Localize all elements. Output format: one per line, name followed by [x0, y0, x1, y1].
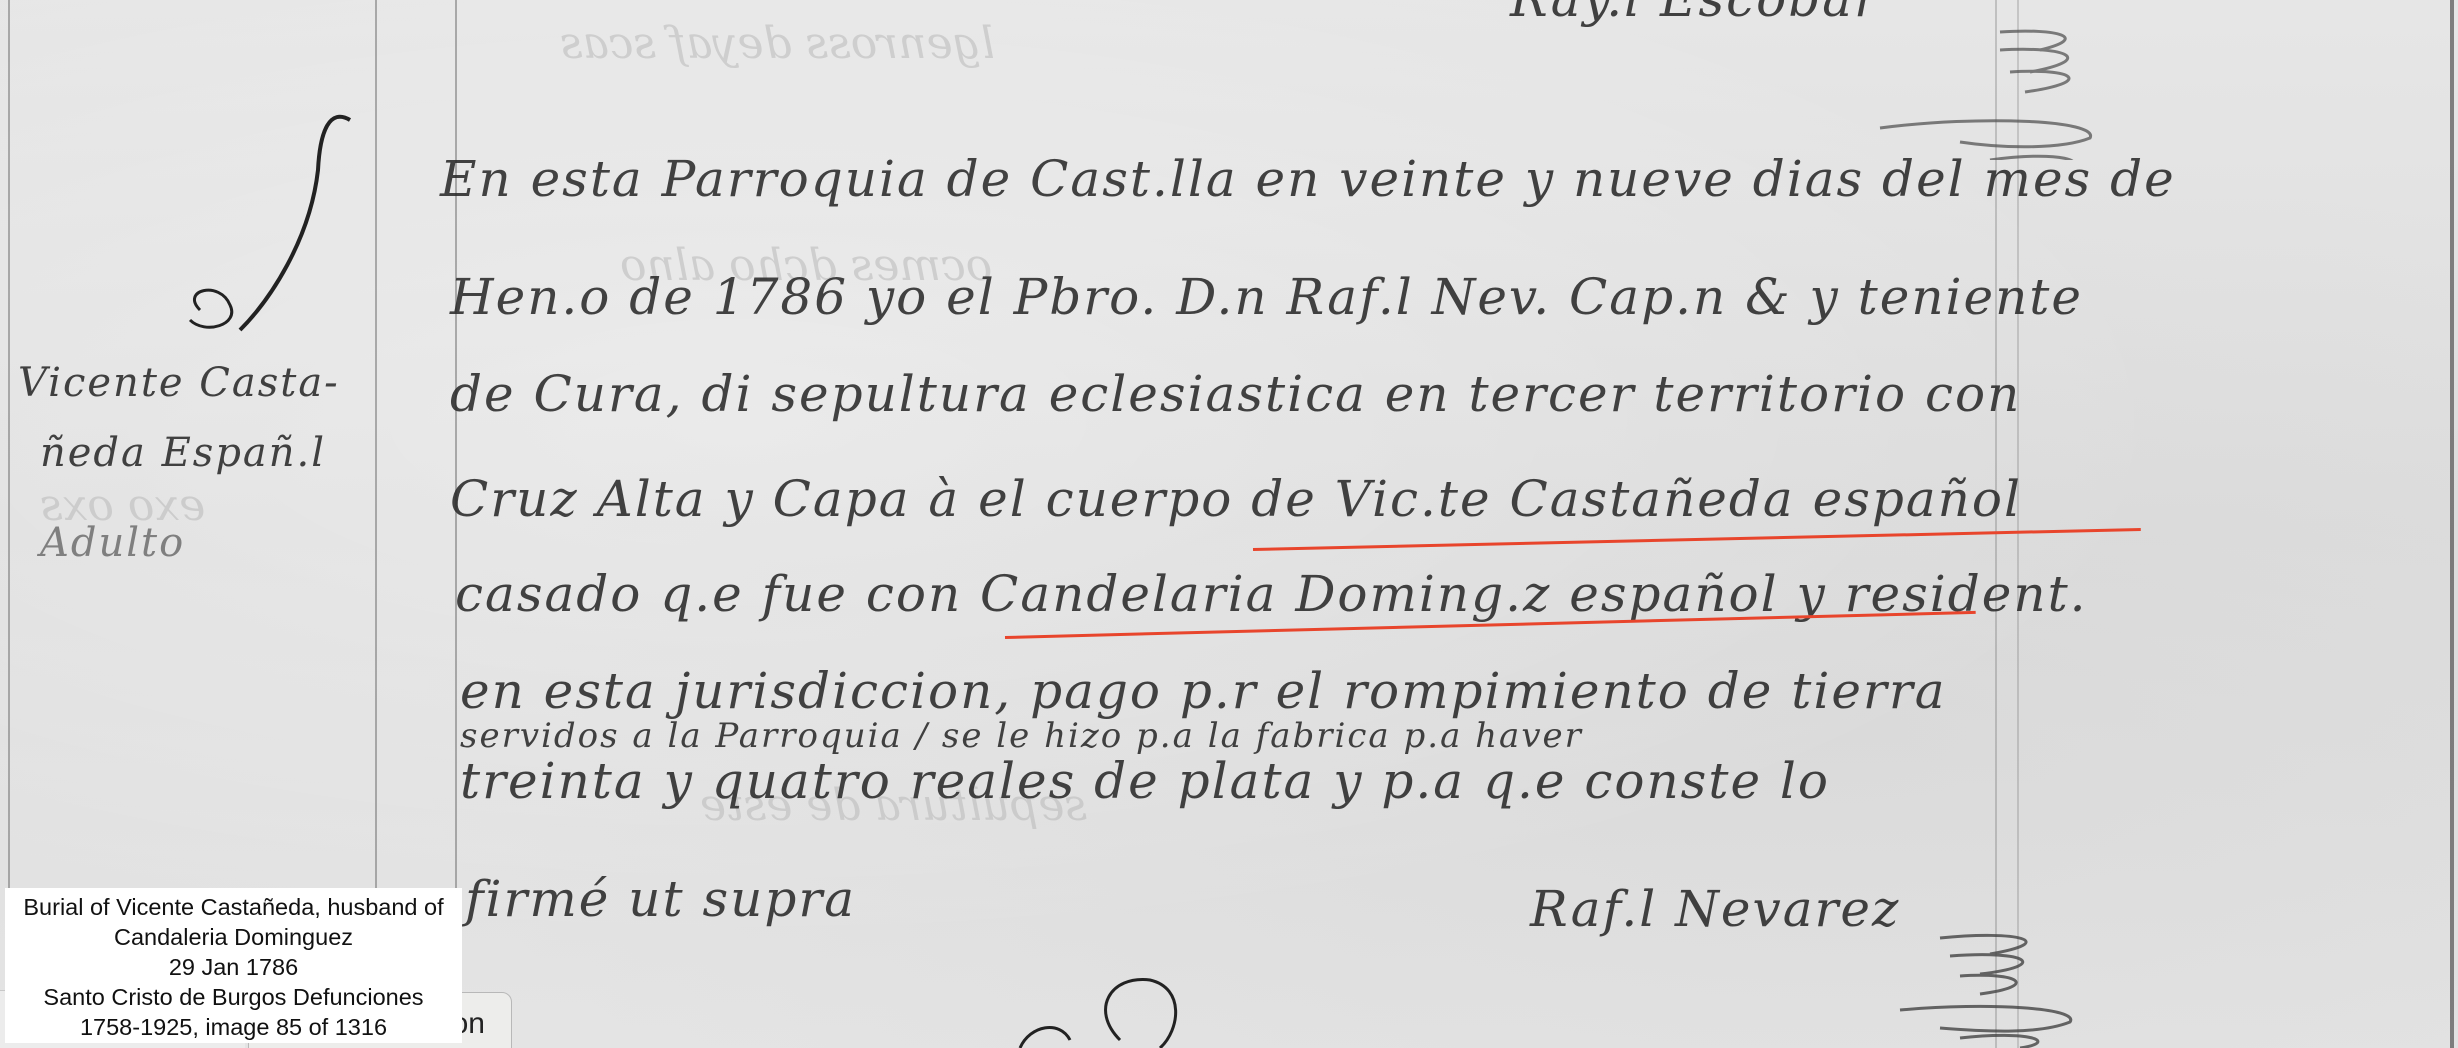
caption-spouse: Candaleria Dominguez	[5, 922, 462, 952]
page-edge	[2450, 0, 2454, 1048]
next-entry-initial	[1000, 970, 1200, 1048]
caption-source: Santo Cristo de Burgos Defunciones	[5, 982, 462, 1012]
entry-line-6: en esta jurisdiccion, pago p.r el rompim…	[460, 662, 1947, 720]
bleed-through-text: lgenross deyaf scas	[560, 18, 995, 69]
priest-signature: Raf.l Nevarez	[1530, 880, 1900, 938]
margin-note-name: Vicente Casta-	[18, 360, 340, 406]
top-signature-fragment: Ray.l Escobar	[1510, 0, 1880, 28]
margin-note-age: Adulto	[40, 520, 185, 566]
entry-line-9: firmé ut supra	[465, 870, 856, 928]
rubric-flourish-bottom	[1880, 930, 2100, 1048]
caption-image-ref: 1758-1925, image 85 of 1316	[5, 1012, 462, 1042]
entry-line-4: Cruz Alta y Capa à el cuerpo de Vic.te C…	[450, 470, 2022, 528]
annotation-underline-deceased	[1253, 528, 2141, 551]
caption-date: 29 Jan 1786	[5, 952, 462, 982]
entry-line-8: treinta y quatro reales de plata y p.a q…	[460, 752, 1830, 810]
caption-title: Burial of Vicente Castañeda, husband of	[5, 892, 462, 922]
document-viewer: lgenross deyaf scas ocmes dcho alno sepu…	[0, 0, 2458, 1048]
entry-line-3: de Cura, di sepultura eclesiastica en te…	[450, 365, 2021, 423]
rubric-flourish-top	[1860, 20, 2120, 160]
entry-line-7-interlinear: servidos a la Parroquia / se le hizo p.a…	[460, 716, 1583, 756]
caption-overlay: Burial of Vicente Castañeda, husband of …	[5, 888, 462, 1043]
margin-note-status: ñeda Españ.l	[40, 430, 326, 476]
margin-bracket	[160, 110, 380, 340]
entry-line-1: En esta Parroquia de Cast.lla en veinte …	[440, 150, 2176, 208]
entry-line-2: Hen.o de 1786 yo el Pbro. D.n Raf.l Nev.…	[450, 268, 2083, 326]
